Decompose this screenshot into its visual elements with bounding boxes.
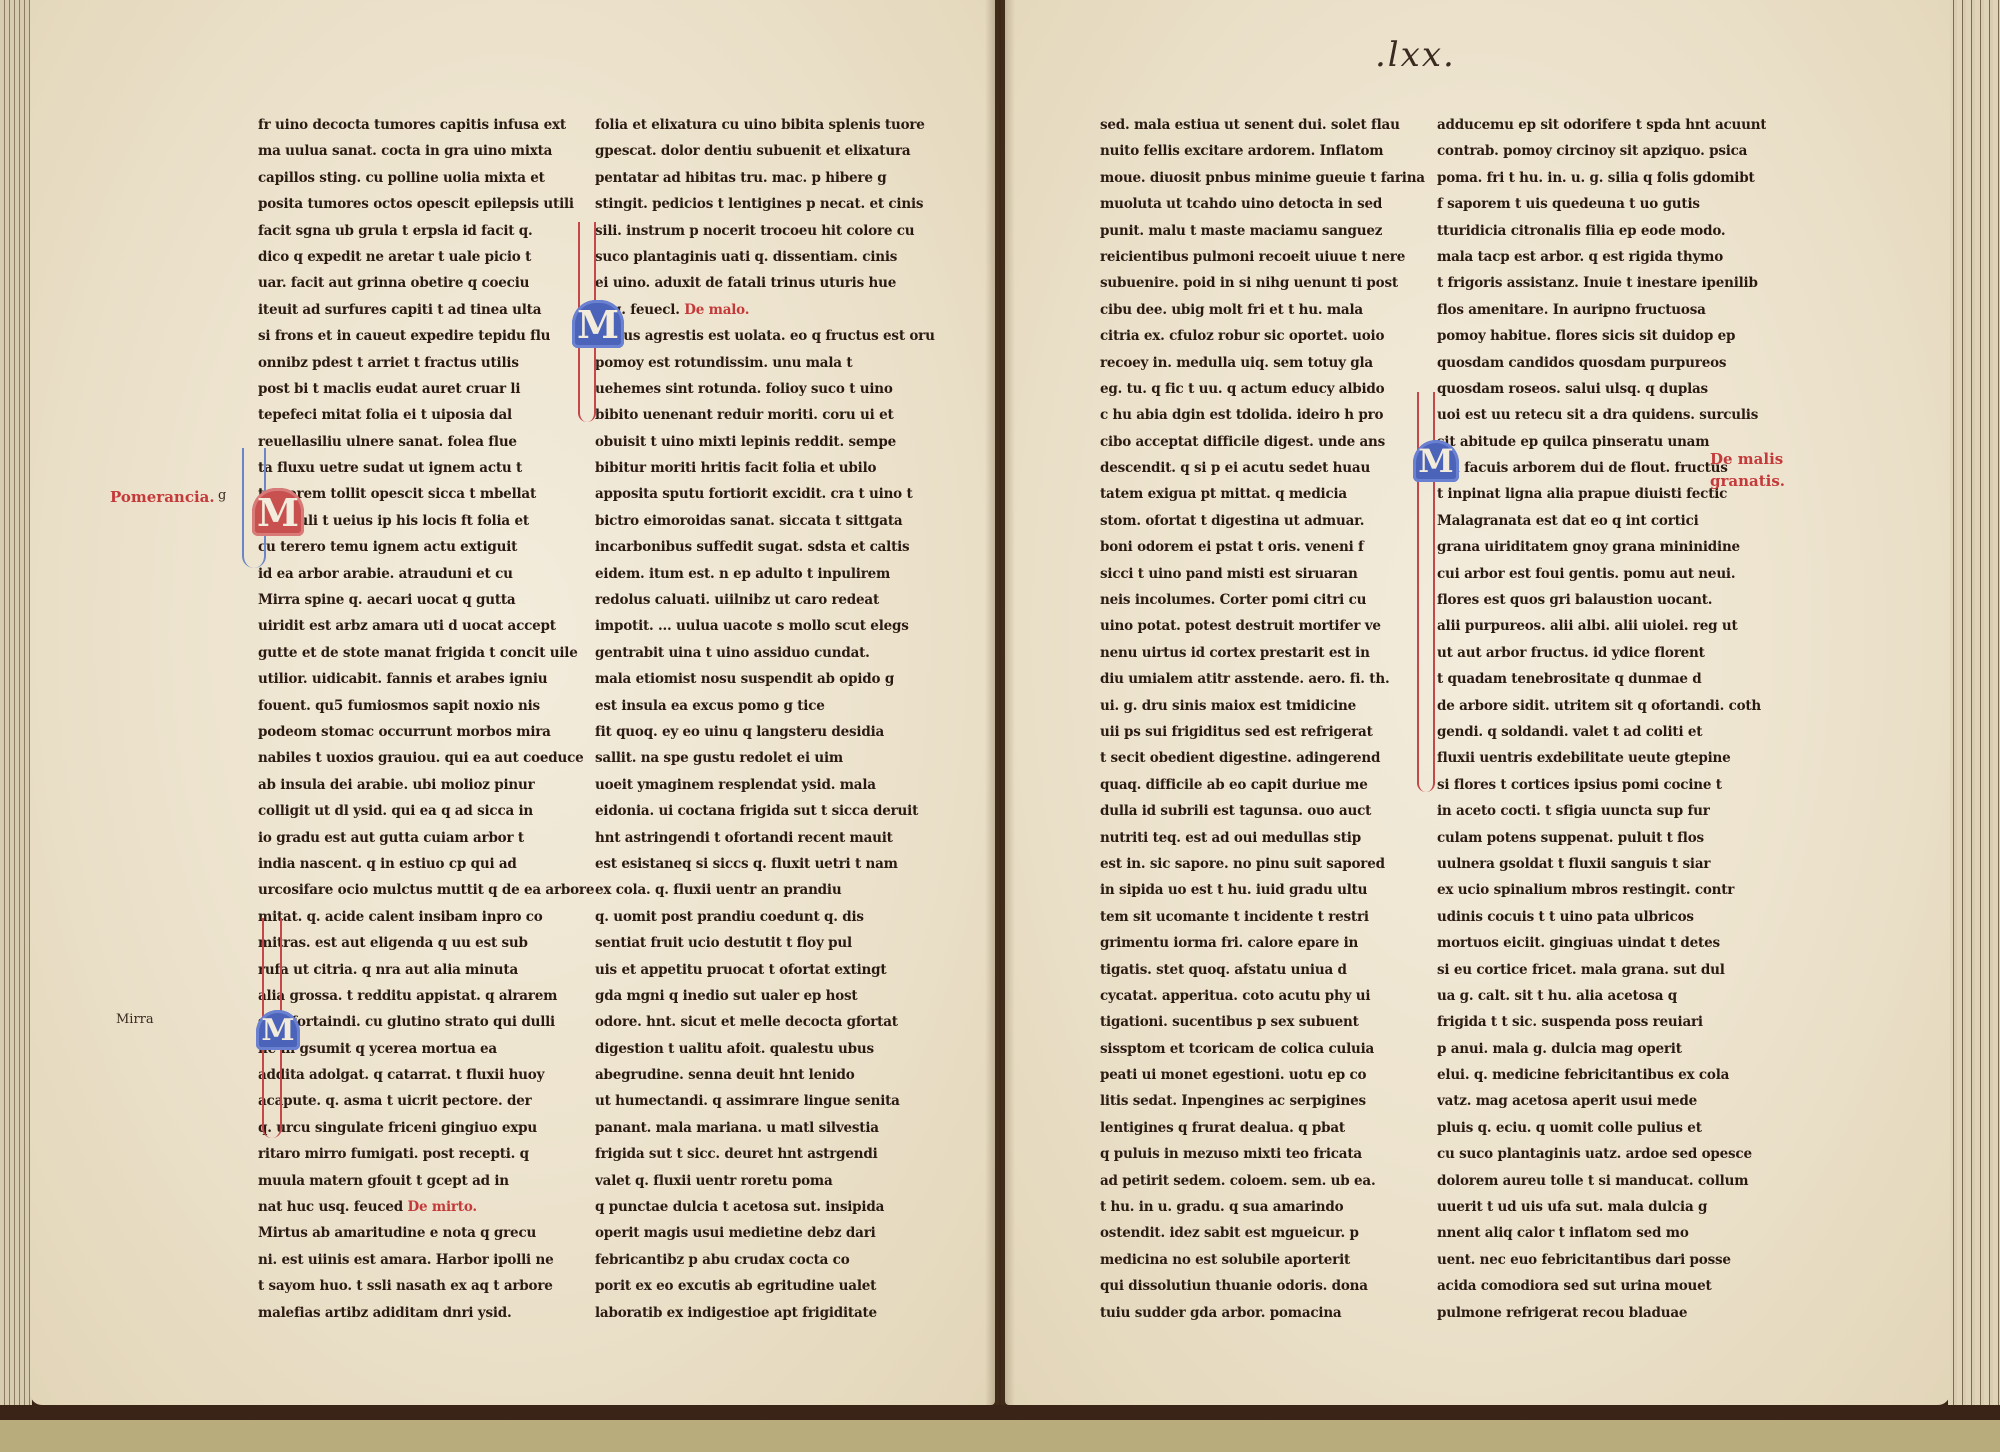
text-line: est esistaneq si siccs q. fluxit uetri t… <box>595 851 935 877</box>
right-page-edges <box>1948 0 2000 1405</box>
text-line: fluxii uentris exdebilitate ueute gtepin… <box>1437 745 1766 771</box>
text-line: elui. q. medicine febricitantibus ex col… <box>1437 1062 1766 1088</box>
text-line: muula matern gfouit t gcept ad in <box>258 1168 594 1194</box>
text-line: adducemu ep sit odorifere t spda hnt acu… <box>1437 112 1766 138</box>
text-line: ut aut arbor fructus. id ydice florent <box>1437 640 1766 666</box>
text-line: io gradu est aut gutta cuiam arbor t <box>258 825 594 851</box>
rubric-heading: De mirto. <box>407 1199 476 1215</box>
text-line: flores est quos gri balaustion uocant. <box>1437 587 1766 613</box>
text-line: muoluta ut tcahdo uino detocta in sed <box>1100 191 1425 217</box>
text-line: litis sedat. Inpengines ac serpigines <box>1100 1088 1425 1114</box>
text-line: neis incolumes. Corter pomi citri cu <box>1100 587 1425 613</box>
text-line: pluis q. eciu. q uomit colle pulius et <box>1437 1115 1766 1141</box>
text-line: ma uulua sanat. cocta in gra uino mixta <box>258 138 594 164</box>
text-line: cu terero temu ignem actu extiguit <box>258 534 594 560</box>
text-line: nutriti teq. est ad oui medullas stip <box>1100 825 1425 851</box>
text-line: tigatis. stet quoq. afstatu uniua d <box>1100 957 1425 983</box>
text-line: pentatar ad hibitas tru. mac. p hibere g <box>595 165 935 191</box>
text-line: bibito uenenant reduir moriti. coru ui e… <box>595 402 935 428</box>
text-line: uii ps sui frigiditus sed est refrigerat <box>1100 719 1425 745</box>
decorated-initial-m: M <box>256 1010 300 1050</box>
text-line: tuiu sudder gda arbor. pomacina <box>1100 1300 1425 1326</box>
text-line: gutte et de stote manat frigida t concit… <box>258 640 594 666</box>
text-line: sili. instrum p nocerit trocoeu hit colo… <box>595 218 935 244</box>
text-line: suco plantaginis uati q. dissentiam. cin… <box>595 244 935 270</box>
text-line: ne in gsumit q ycerea mortua ea <box>258 1036 594 1062</box>
text-line: q. uomit post prandiu coedunt q. dis <box>595 904 935 930</box>
margin-rubric-pomerancia: Pomerancia. <box>110 488 215 506</box>
text-line: si frons et in caueut expedire tepidu fl… <box>258 323 594 349</box>
text-line: quosdam candidos quosdam purpureos <box>1437 350 1766 376</box>
text-line: frigida sut t sicc. deuret hnt astrgendi <box>595 1141 935 1167</box>
text-line: in sipida uo est t hu. iuid gradu ultu <box>1100 877 1425 903</box>
text-line: sicci t uino pand misti est siruaran <box>1100 561 1425 587</box>
text-line: mitat. q. acide calent insibam inpro co <box>258 904 594 930</box>
text-line: eidonia. ui coctana frigida sut t sicca … <box>595 798 935 824</box>
text-line: quaq. difficile ab eo capit duriue me <box>1100 772 1425 798</box>
text-line: gentrabit uina t uino assiduo cundat. <box>595 640 935 666</box>
text-line: reicientibus pulmoni recoeit uiuue t ner… <box>1100 244 1425 270</box>
text-line: de arbore sidit. utritem sit q ofortandi… <box>1437 693 1766 719</box>
text-line: Mirra spine q. aecari uocat q gutta <box>258 587 594 613</box>
text-line: boni odorem ei pstat t oris. veneni f <box>1100 534 1425 560</box>
text-line: si eu cortice fricet. mala grana. sut du… <box>1437 957 1766 983</box>
text-line: reuellasiliu ulnere sanat. folea flue <box>258 429 594 455</box>
text-line: frigida t t sic. suspenda poss reuiari <box>1437 1009 1766 1035</box>
text-line: lentigines q frurat dealua. q pbat <box>1100 1115 1425 1141</box>
text-line: ta fluxu uetre sudat ut ignem actu t <box>258 455 594 481</box>
right-page: .lxx. sed. mala estiua ut senent dui. so… <box>1005 0 1950 1405</box>
text-line: t quadam tenebrositate q dunmae d <box>1437 666 1766 692</box>
text-line: ex cola. q. fluxii uentr an prandiu <box>595 877 935 903</box>
text-line: alii purpureos. alii albi. alii uiolei. … <box>1437 613 1766 639</box>
text-line: nnent aliq calor t inflatom sed mo <box>1437 1220 1766 1246</box>
folio-number: .lxx. <box>1375 35 1456 75</box>
text-line: stom. ofortat t digestina ut admuar. <box>1100 508 1425 534</box>
text-line: acapute. q. asma t uicrit pectore. der <box>258 1088 594 1114</box>
text-line: cu suco plantaginis uatz. ardoe sed opes… <box>1437 1141 1766 1167</box>
text-line: udinis cocuis t t uino pata ulbricos <box>1437 904 1766 930</box>
text-line: subuenire. poid in si nihg uenunt ti pos… <box>1100 270 1425 296</box>
text-line: incarbonibus suffedit sugat. sdsta et ca… <box>595 534 935 560</box>
text-line: ostendit. idez sabit est mgueicur. p <box>1100 1220 1425 1246</box>
text-line: id ea arbor arabie. atrauduni et cu <box>258 561 594 587</box>
text-line: uar. facit aut grinna obetire q coeciu <box>258 270 594 296</box>
text-line: cibo acceptat difficile digest. unde ans <box>1100 429 1425 455</box>
text-line: culam potens suppenat. puluit t flos <box>1437 825 1766 851</box>
text-line: nenu uirtus id cortex prestarit est in <box>1100 640 1425 666</box>
book-gutter <box>985 0 1015 1405</box>
text-line: f saporem t uis quedeuna t uo gutis <box>1437 191 1766 217</box>
text-line: est insula ea excus pomo g tice <box>595 693 935 719</box>
text-line: t hu. in u. gradu. q sua amarindo <box>1100 1194 1425 1220</box>
text-line: cycatat. apperitua. coto acutu phy ui <box>1100 983 1425 1009</box>
text-line: q puluis in mezuso mixti teo fricata <box>1100 1141 1425 1167</box>
text-line: qui dissolutiun thuanie odoris. dona <box>1100 1273 1425 1299</box>
text-line: sed. mala estiua ut senent dui. solet fl… <box>1100 112 1425 138</box>
left-column-1: fr uino decocta tumores capitis infusa e… <box>258 112 594 1326</box>
text-line: q. urcu singulate friceni gingiuo expu <box>258 1115 594 1141</box>
text-line: t secit obedient digestine. adingerend <box>1100 745 1425 771</box>
text-line: p anui. mala g. dulcia mag operit <box>1437 1036 1766 1062</box>
text-line: quosdam roseos. salui ulsq. q duplas <box>1437 376 1766 402</box>
text-line: ei uino. aduxit de fatali trinus uturis … <box>595 270 935 296</box>
text-line: uis et appetitu pruocat t ofortat exting… <box>595 957 935 983</box>
text-line: mortuos eiciit. gingiuas uindat t detes <box>1437 930 1766 956</box>
text-line: uoeit ymaginem resplendat ysid. mala <box>595 772 935 798</box>
left-page: fr uino decocta tumores capitis infusa e… <box>30 0 995 1405</box>
text-line: podeom stomac occurrunt morbos mira <box>258 719 594 745</box>
text-line: fr uino decocta tumores capitis infusa e… <box>258 112 594 138</box>
text-line: poma. fri t hu. in. u. g. silia q folis … <box>1437 165 1766 191</box>
decorated-initial-m: M <box>572 300 624 348</box>
text-line: eg. tu. q fic t uu. q actum educy albido <box>1100 376 1425 402</box>
text-line: uoi est uu retecu sit a dra quidens. sur… <box>1437 402 1766 428</box>
text-line: laboratib ex indigestioe apt frigiditate <box>595 1300 935 1326</box>
text-line: uulnera gsoldat t fluxii sanguis t siar <box>1437 851 1766 877</box>
text-line: nuito fellis excitare ardorem. Inflatom <box>1100 138 1425 164</box>
text-line: sissptom et tcoricam de colica culuia <box>1100 1036 1425 1062</box>
text-line: mala tacp est arbor. q est rigida thymo <box>1437 244 1766 270</box>
text-line: malefias artibz adiditam dnri ysid. <box>258 1300 594 1326</box>
margin-mark-g: g <box>218 488 226 503</box>
text-line: ad petirit sedem. coloem. sem. ub ea. <box>1100 1168 1425 1194</box>
text-line: onnibz pdest t arriet t fractus utilis <box>258 350 594 376</box>
text-line: medicina no est solubile aporterit <box>1100 1247 1425 1273</box>
text-line: addita adolgat. q catarrat. t fluxii huo… <box>258 1062 594 1088</box>
text-line: nabiles t uoxios grauiou. qui ea aut coe… <box>258 745 594 771</box>
left-page-edges <box>0 0 32 1405</box>
text-line: bictro eimoroidas sanat. siccata t sittg… <box>595 508 935 534</box>
text-line: obuisit t uino mixti lepinis reddit. sem… <box>595 429 935 455</box>
text-line: alia grossa. t redditu appistat. q alrar… <box>258 983 594 1009</box>
text-line: panant. mala mariana. u matl silvestia <box>595 1115 935 1141</box>
margin-rubric-malagranatis: De malis granatis. <box>1710 448 1800 492</box>
text-line: odore. hnt. sicut et melle decocta gfort… <box>595 1009 935 1035</box>
text-line: utilior. uidicabit. fannis et arabes ign… <box>258 666 594 692</box>
text-line: febricantibz p abu crudax cocta co <box>595 1247 935 1273</box>
text-line: tepefeci mitat folia ei t uiposia dal <box>258 402 594 428</box>
text-line: gda mgni q inedio sut ualer ep host <box>595 983 935 1009</box>
right-column-1: sed. mala estiua ut senent dui. solet fl… <box>1100 112 1425 1326</box>
text-line: tigationi. sucentibus p sex subuent <box>1100 1009 1425 1035</box>
text-line: tumorem tollit opescit sicca t mbellat <box>258 481 594 507</box>
text-line: mala etiomist nosu suspendit ab opido g <box>595 666 935 692</box>
text-line: uehemes sint rotunda. folioy suco t uino <box>595 376 935 402</box>
text-line: citria ex. cfuloz robur sic oportet. uoi… <box>1100 323 1425 349</box>
text-line: ui. g. dru sinis maiox est tmidicine <box>1100 693 1425 719</box>
text-line: cui arbor est foui gentis. pomu aut neui… <box>1437 561 1766 587</box>
text-line: acida comodiora sed sut urina mouet <box>1437 1273 1766 1299</box>
text-line: recoey in. medulla uiq. sem totuy gla <box>1100 350 1425 376</box>
text-line: digestion t ualitu afoit. qualestu ubus <box>595 1036 935 1062</box>
text-line: colligit ut dl ysid. qui ea q ad sicca i… <box>258 798 594 824</box>
text-line: facit sgna ub grula t erpsla id facit q. <box>258 218 594 244</box>
decorated-initial-m: M <box>252 488 304 536</box>
text-line: est in. sic sapore. no pinu suit sapored <box>1100 851 1425 877</box>
text-line: punit. malu t maste maciamu sanguez <box>1100 218 1425 244</box>
text-line: apposita sputu fortiorit excidit. cra t … <box>595 481 935 507</box>
text-line: fit quoq. ey eo uinu q langsteru desidia <box>595 719 935 745</box>
text-line: ni. est uiinis est amara. Harbor ipolli … <box>258 1247 594 1273</box>
text-line: diu umialem atitr asstende. aero. fi. th… <box>1100 666 1425 692</box>
text-line: Mirtus ab amaritudine e nota q grecu <box>258 1220 594 1246</box>
text-line: uiridit est arbz amara uti d uocat accep… <box>258 613 594 639</box>
text-line: pomoy habitue. flores sicis sit duidop e… <box>1437 323 1766 349</box>
text-line: tturidicia citronalis filia ep eode modo… <box>1437 218 1766 244</box>
text-line: ua g. calt. sit t hu. alia acetosa q <box>1437 983 1766 1009</box>
text-line: uuerit t ud uis ufa sut. mala dulcia g <box>1437 1194 1766 1220</box>
left-column-2: folia et elixatura cu uino bibita spleni… <box>595 112 935 1326</box>
text-line: Malus agrestis est uolata. eo q fructus … <box>595 323 935 349</box>
text-line: t sayom huo. t ssli nasath ex aq t arbor… <box>258 1273 594 1299</box>
text-line: pulmone refrigerat recou bladuae <box>1437 1300 1766 1326</box>
text-line: rufa ut citria. q nra aut alia minuta <box>258 957 594 983</box>
text-line: peati ui monet egestioni. uotu ep co <box>1100 1062 1425 1088</box>
text-line: redolus caluati. uiilnibz ut caro redeat <box>595 587 935 613</box>
text-line: stingit. pedicios t lentigines p necat. … <box>595 191 935 217</box>
text-line: sit t fortaindi. cu glutino strato qui d… <box>258 1009 594 1035</box>
text-line: fouent. qu5 fumiosmos sapit noxio nis <box>258 693 594 719</box>
margin-note-mirra: Mirra <box>116 1012 154 1027</box>
text-line: urcosifare ocio mulctus muttit q de ea a… <box>258 877 594 903</box>
text-line: porit ex eo excutis ab egritudine ualet <box>595 1273 935 1299</box>
text-line: cibu dee. ubig molt fri et t hu. mala <box>1100 297 1425 323</box>
text-line: tatem exigua pt mittat. q medicia <box>1100 481 1425 507</box>
text-line: operit magis usui medietine debz dari <box>595 1220 935 1246</box>
text-line: pomoy est rotundissim. unu mala t <box>595 350 935 376</box>
text-line: gpescat. dolor dentiu subuenit et elixat… <box>595 138 935 164</box>
text-line: flos amenitare. In auripno fructuosa <box>1437 297 1766 323</box>
text-line: grimentu iorma fri. calore epare in <box>1100 930 1425 956</box>
text-line: moue. diuosit pnbus minime gueuie t fari… <box>1100 165 1425 191</box>
text-line: sentiat fruit ucio destutit t floy pul <box>595 930 935 956</box>
text-line: dico q expedit ne aretar t uale picio t <box>258 244 594 270</box>
text-line: c hu abia dgin est tdolida. ideiro h pro <box>1100 402 1425 428</box>
text-line: impotit. ... uulua uacote s mollo scut e… <box>595 613 935 639</box>
text-line: ex ucio spinalium mbros restingit. contr <box>1437 877 1766 903</box>
text-line: ritaro mirro fumigati. post recepti. q <box>258 1141 594 1167</box>
text-line: ut humectandi. q assimrare lingue senita <box>595 1088 935 1114</box>
text-line: tem sit ucomante t incidente t restri <box>1100 904 1425 930</box>
text-line: valet q. fluxii uentr roretu poma <box>595 1168 935 1194</box>
text-line: paniculi t ueius ip his locis ft folia e… <box>258 508 594 534</box>
rubric-heading: De malo. <box>684 302 749 318</box>
decorated-initial-m: M <box>1413 440 1459 482</box>
text-line: hnt astringendi t ofortandi recent mauit <box>595 825 935 851</box>
text-line: Malagranata est dat eo q int cortici <box>1437 508 1766 534</box>
text-line: mitras. est aut eligenda q uu est sub <box>258 930 594 956</box>
text-line: eidem. itum est. n ep adulto t inpulirem <box>595 561 935 587</box>
right-column-2: adducemu ep sit odorifere t spda hnt acu… <box>1437 112 1766 1326</box>
text-line: grana uiriditatem gnoy grana mininidine <box>1437 534 1766 560</box>
text-line: contrab. pomoy circinoy sit apziquo. psi… <box>1437 138 1766 164</box>
text-line: abegrudine. senna deuit hnt lenido <box>595 1062 935 1088</box>
text-line: descendit. q si p ei acutu sedet huau <box>1100 455 1425 481</box>
text-line: si flores t cortices ipsius pomi cocine … <box>1437 772 1766 798</box>
text-line: dulla id subrili est tagunsa. ouo auct <box>1100 798 1425 824</box>
text-line: usq. feuecl. De malo. <box>595 297 935 323</box>
text-line: folia et elixatura cu uino bibita spleni… <box>595 112 935 138</box>
text-line: q punctae dulcia t acetosa sut. insipida <box>595 1194 935 1220</box>
text-line: iteuit ad surfures capiti t ad tinea ult… <box>258 297 594 323</box>
text-line: sallit. na spe gustu redolet ei uim <box>595 745 935 771</box>
text-line: uino potat. potest destruit mortifer ve <box>1100 613 1425 639</box>
text-line: in aceto cocti. t sfigia uuncta sup fur <box>1437 798 1766 824</box>
text-line: dolorem aureu tolle t si manducat. collu… <box>1437 1168 1766 1194</box>
text-line: posita tumores octos opescit epilepsis u… <box>258 191 594 217</box>
text-line: gendi. q soldandi. valet t ad coliti et <box>1437 719 1766 745</box>
text-line: bibitur moriti hritis facit folia et ubi… <box>595 455 935 481</box>
text-line: t frigoris assistanz. Inuie t inestare i… <box>1437 270 1766 296</box>
text-line: ab insula dei arabie. ubi molioz pinur <box>258 772 594 798</box>
text-line: nat huc usq. feuced De mirto. <box>258 1194 594 1220</box>
text-line: post bi t maclis eudat auret cruar li <box>258 376 594 402</box>
text-line: india nascent. q in estiuo cp qui ad <box>258 851 594 877</box>
text-line: vatz. mag acetosa aperit usui mede <box>1437 1088 1766 1114</box>
text-line: capillos sting. cu polline uolia mixta e… <box>258 165 594 191</box>
text-line: uent. nec euo febricitantibus dari posse <box>1437 1247 1766 1273</box>
